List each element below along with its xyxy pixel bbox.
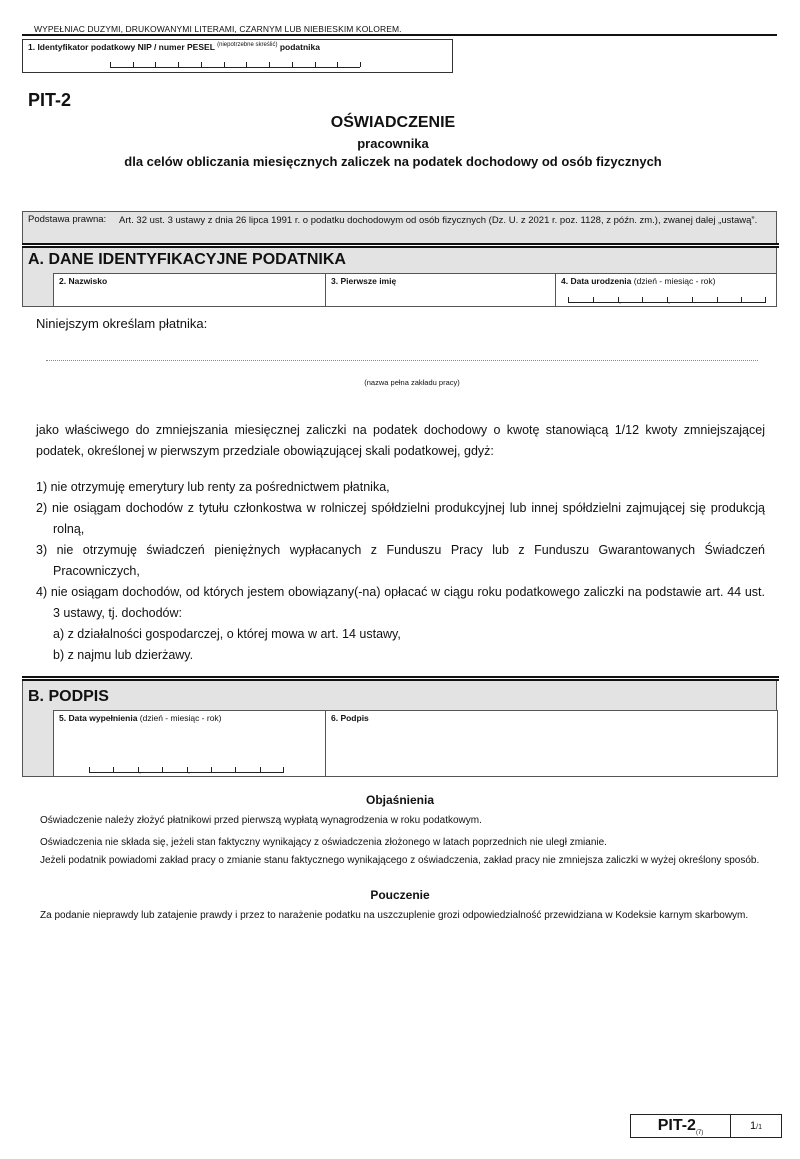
explanation-line: Jeżeli podatnik powiadomi zakład pracy o… — [40, 852, 778, 869]
employer-name-input[interactable] — [46, 359, 758, 361]
condition-item: 3) nie otrzymuję świadczeń pieniężnych w… — [36, 540, 765, 582]
tax-id-label: 1. Identyfikator podatkowy NIP / numer P… — [28, 42, 320, 52]
legal-basis: Podstawa prawna: Art. 32 ust. 3 ustawy z… — [22, 211, 777, 244]
section-b-title: B. PODPIS — [28, 688, 109, 706]
tax-id-digit-boxes[interactable] — [110, 62, 360, 68]
condition-subitem: a) z działalności gospodarczej, o której… — [36, 624, 765, 645]
first-name-field[interactable]: 3. Pierwsze imię — [325, 273, 556, 307]
legal-basis-text: Art. 32 ust. 3 ustawy z dnia 26 lipca 19… — [119, 214, 769, 228]
condition-subitem: b) z najmu lub dzierżawy. — [36, 645, 765, 666]
condition-item: 1) nie otrzymuję emerytury lub renty za … — [36, 477, 765, 498]
birth-date-label: 4. Data urodzenia (dzień - miesiąc - rok… — [561, 276, 715, 286]
condition-item: 2) nie osiągam dochodów z tytułu członko… — [36, 498, 765, 540]
page-number: 1/1 — [731, 1115, 781, 1137]
explanation-line: Oświadczenie należy złożyć płatnikowi pr… — [40, 812, 778, 829]
declaration-paragraph: jako właściwego do zmniejszania miesięcz… — [36, 420, 765, 462]
conditions-list: 1) nie otrzymuję emerytury lub renty za … — [36, 477, 765, 666]
first-name-label: 3. Pierwsze imię — [331, 276, 396, 286]
fill-instruction: WYPEŁNIAC DUZYMI, DRUKOWANYMI LITERAMI, … — [34, 24, 402, 34]
explanation-line: Oświadczenia nie składa się, jeżeli stan… — [40, 834, 778, 851]
instruction-title: Pouczenie — [0, 888, 800, 902]
footer-form-id: PIT-2(7) 1/1 — [630, 1114, 782, 1138]
condition-item: 4) nie osiągam dochodów, od których jest… — [36, 582, 765, 624]
fill-date-field[interactable]: 5. Data wypełnienia (dzień - miesiąc - r… — [53, 710, 326, 777]
fill-date-label: 5. Data wypełnienia (dzień - miesiąc - r… — [59, 713, 222, 723]
signature-field[interactable]: 6. Podpis — [325, 710, 778, 777]
form-code: PIT-2 — [28, 90, 71, 111]
legal-basis-label: Podstawa prawna: — [28, 214, 106, 225]
explanations-title: Objaśnienia — [0, 793, 800, 807]
birth-date-field[interactable]: 4. Data urodzenia (dzień - miesiąc - rok… — [555, 273, 777, 307]
fill-date-digit-boxes[interactable]: ,, — [89, 767, 284, 773]
section-a: A. DANE IDENTYFIKACYJNE PODATNIKA 2. Naz… — [22, 248, 777, 307]
form-title: OŚWIADCZENIE — [0, 114, 793, 132]
surname-field[interactable]: 2. Nazwisko — [53, 273, 326, 307]
section-a-title: A. DANE IDENTYFIKACYJNE PODATNIKA — [28, 251, 346, 269]
signature-label: 6. Podpis — [331, 713, 369, 723]
form-subtitle: pracownika — [0, 136, 793, 151]
employer-intro: Niniejszym określam płatnika: — [36, 316, 207, 331]
section-b: B. PODPIS 5. Data wypełnienia (dzień - m… — [22, 681, 777, 777]
employer-name-caption: (nazwa pełna zakładu pracy) — [12, 378, 800, 387]
top-rule — [22, 34, 777, 36]
form-purpose: dla celów obliczania miesięcznych zalicz… — [0, 154, 793, 169]
footer-code: PIT-2(7) — [631, 1115, 731, 1137]
surname-label: 2. Nazwisko — [59, 276, 107, 286]
tax-id-field[interactable]: 1. Identyfikator podatkowy NIP / numer P… — [22, 39, 453, 73]
instruction-text: Za podanie nieprawdy lub zatajenie prawd… — [40, 907, 778, 924]
birth-date-digit-boxes[interactable]: ,, — [568, 297, 766, 303]
